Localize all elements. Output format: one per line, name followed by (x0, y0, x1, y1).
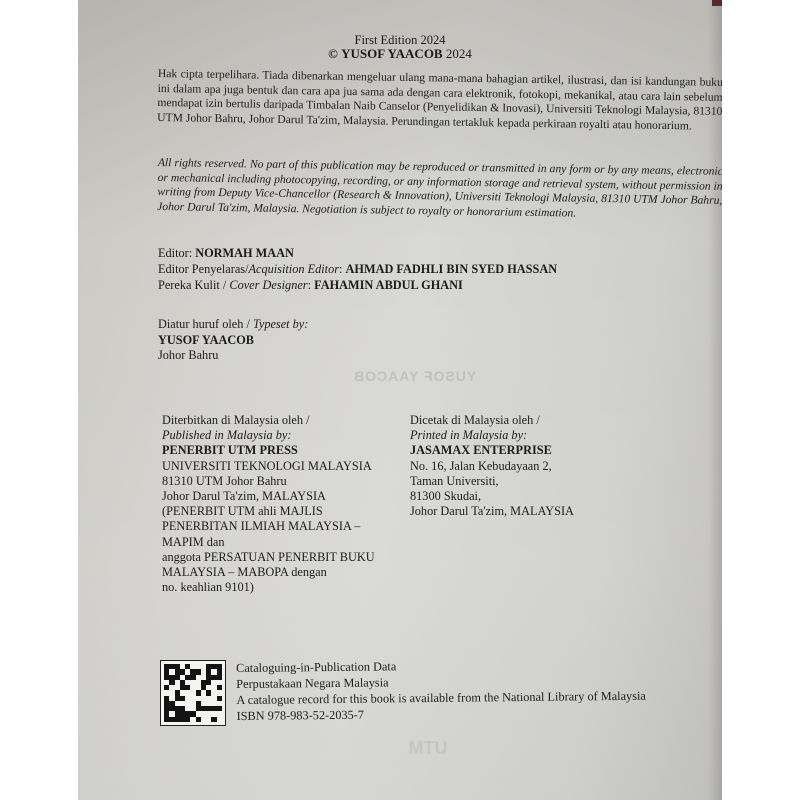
typesetter-name: YUSOF YAACOB (158, 333, 254, 347)
cover-label-malay: Pereka Kulit / (158, 278, 229, 292)
copyright-holder: YUSOF YAACOB (341, 46, 443, 61)
cover-designer-name: FAHAMIN ABDUL GHANI (314, 278, 463, 292)
cip-line: ISBN 978-983-52-2035-7 (237, 704, 647, 724)
printer-address-line: Taman Universiti, (410, 474, 650, 489)
typeset-label: Diatur huruf oleh / Typeset by: (158, 317, 308, 333)
publisher-block: Diterbitkan di Malaysia oleh / Published… (162, 413, 412, 595)
typeset-label-english: Typeset by: (253, 317, 308, 331)
typeset-block: Diatur huruf oleh / Typeset by: YUSOF YA… (158, 317, 308, 364)
publisher-address-line: anggota PERSATUAN PENERBIT BUKU (162, 550, 412, 565)
rights-notice-malay: Hak cipta terpelihara. Tiada dibenarkan … (157, 67, 722, 134)
publisher-address-line: MALAYSIA – MABOPA dengan (162, 565, 412, 580)
qr-code-icon (160, 660, 226, 726)
rights-notice-english: All rights reserved. No part of this pub… (157, 156, 722, 223)
bleed-through-name: YUSOF YAACOB (353, 368, 476, 384)
cover-label-english: Cover Designer (229, 278, 307, 292)
cip-block: Cataloguing-in-Publication DataPerpustak… (160, 660, 645, 726)
printer-address-line: 81300 Skudai, (410, 489, 650, 504)
publisher-address-line: Johor Darul Ta'zim, MALAYSIA (162, 489, 412, 504)
publisher-name: PENERBIT UTM PRESS (162, 443, 298, 457)
publisher-address-line: MAPIM dan (162, 535, 412, 550)
acq-label-english: Acquisition Editor (249, 262, 340, 276)
credits-block: Editor: NORMAH MAAN Editor Penyelaras/Ac… (158, 245, 557, 293)
copyright-page: First Edition 2024 © YUSOF YAACOB 2024 H… (78, 0, 722, 800)
acq-label-malay: Editor Penyelaras/ (158, 262, 249, 276)
publisher-address-line: (PENERBIT UTM ahli MAJLIS (162, 504, 412, 519)
page-corner (712, 0, 722, 6)
acquisition-editor-line: Editor Penyelaras/Acquisition Editor: AH… (158, 261, 557, 277)
copyright-symbol: © (328, 46, 338, 61)
printer-address: No. 16, Jalan Kebudayaan 2,Taman Univers… (410, 459, 650, 520)
printer-block: Dicetak di Malaysia oleh / Printed in Ma… (410, 413, 650, 519)
cover-designer-line: Pereka Kulit / Cover Designer: FAHAMIN A… (158, 277, 557, 293)
printer-address-line: No. 16, Jalan Kebudayaan 2, (410, 459, 650, 474)
typeset-place: Johor Bahru (158, 348, 308, 364)
editor-line: Editor: NORMAH MAAN (158, 245, 557, 261)
publisher-address-line: 81310 UTM Johor Bahru (162, 474, 412, 489)
publisher-label-malay: Diterbitkan di Malaysia oleh / (162, 413, 412, 428)
publisher-address-line: UNIVERSITI TEKNOLOGI MALAYSIA (162, 459, 412, 474)
printer-label-malay: Dicetak di Malaysia oleh / (410, 413, 650, 428)
copyright-year: 2024 (446, 46, 472, 61)
publisher-address: UNIVERSITI TEKNOLOGI MALAYSIA81310 UTM J… (162, 459, 412, 596)
publisher-address-line: PENERBITAN ILMIAH MALAYSIA – (162, 519, 412, 534)
copyright-line: © YUSOF YAACOB 2024 (78, 46, 722, 62)
publisher-address-line: no. keahlian 9101) (162, 580, 412, 595)
printer-label-english: Printed in Malaysia by: (410, 428, 527, 442)
publisher-label-english: Published in Malaysia by: (162, 428, 291, 442)
cip-text: Cataloguing-in-Publication DataPerpustak… (236, 656, 646, 726)
typeset-label-malay: Diatur huruf oleh / (158, 317, 253, 331)
printer-name: JASAMAX ENTERPRISE (410, 443, 552, 457)
acq-editor-name: AHMAD FADHLI BIN SYED HASSAN (346, 262, 558, 276)
editor-name: NORMAH MAAN (195, 246, 294, 260)
bleed-through-logo: UTM (378, 738, 478, 759)
printer-address-line: Johor Darul Ta'zim, MALAYSIA (410, 504, 650, 519)
editor-label: Editor: (158, 246, 195, 260)
